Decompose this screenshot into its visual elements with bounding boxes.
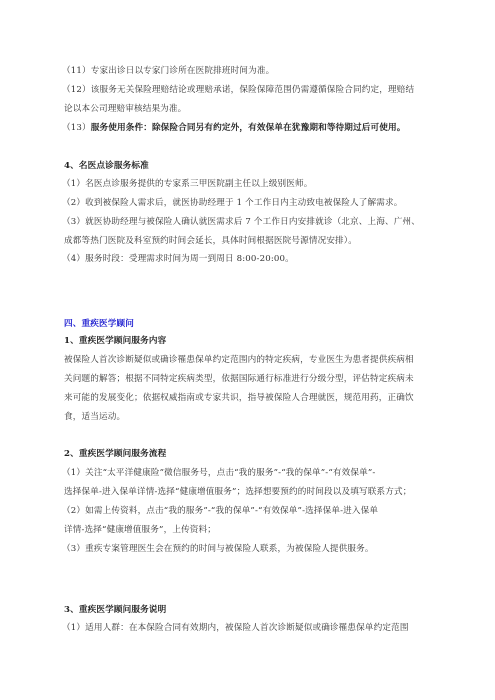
description-heading: 3、重疾医学顾问服务说明 [64,605,166,616]
process-line: 详情-选择“健康增值服务”，上传资料； [64,525,216,536]
famous-doctor-item-3-line1: （3）就医协助经理与被保险人确认就医需求后 7 个工作日内安排就诊（北京、上海、… [62,217,420,228]
item-12-line2: 论以本公司理赔审核结果为准。 [64,104,186,115]
process-heading: 2、重疾医学顾问服务流程 [64,449,166,460]
item-11: （11）专家出诊日以专家门诊所在医院排班时间为准。 [62,66,274,77]
famous-doctor-item-4: （4）服务时段：受理需求时间为周一到周日 8:00-20:00。 [62,254,294,265]
famous-doctor-item-3-line2: 成都等热门医院及科室预约时间会延长，具体时间根据医院号源情况安排）。 [64,236,357,247]
section-title-critical-illness: 四、重疾医学顾问 [64,319,134,330]
content-line: 食，适当运动。 [64,412,125,423]
description-line: （1）适用人群：在本保险合同有效期内，被保险人首次诊断疑似或确诊罹患保单约定范围 [62,623,409,634]
process-line: （1）关注“太平洋健康险”微信服务号，点击“我的服务”-“我的保单”-“有效保单… [62,468,375,479]
process-line: 选择保单-进入保单详情-选择“健康增值服务”；选择想要预约的时间段以及填写联系方… [64,487,411,498]
item-12-line1: （12）该服务无关保险理赔结论或理赔承诺，保险保障范围仍需遵循保险合同约定，理赔… [62,85,414,96]
process-line: （2）如需上传资料，点击“我的服务”-“我的保单”-“有效保单”-选择保单-进入… [62,506,378,517]
famous-doctor-item-1: （1）名医点诊服务提供的专家系三甲医院副主任以上级别医师。 [62,179,312,190]
item-13-condition: 服务使用条件：除保险合同另有约定外，有效保单在犹豫期和等待期过后可使用。 [91,123,406,133]
content-heading: 1、重疾医学顾问服务内容 [64,336,166,347]
item-13-prefix: （13） [62,123,91,133]
item-13: （13）服务使用条件：除保险合同另有约定外，有效保单在犹豫期和等待期过后可使用。 [62,123,406,134]
famous-doctor-item-2: （2）收到被保险人需求后，就医协助经理于 1 个工作日内主动致电被保险人了解需求… [62,198,403,209]
content-line: 来可能的发展变化；依据权威指南或专家共识，指导被保险人合理就医，规范用药，正确饮 [64,393,414,404]
process-line: （3）重疾专案管理医生会在预约的时间与被保险人联系，为被保险人提供服务。 [62,544,374,555]
famous-doctor-heading: 4、名医点诊服务标准 [64,161,149,172]
content-line: 被保险人首次诊断疑似或确诊罹患保单约定范围内的特定疾病，专业医生为患者提供疾病相 [64,355,414,366]
content-line: 关问题的解答；根据不同特定疾病类型，依据国际通行标准进行分级分型，评估特定疾病未 [64,374,414,385]
